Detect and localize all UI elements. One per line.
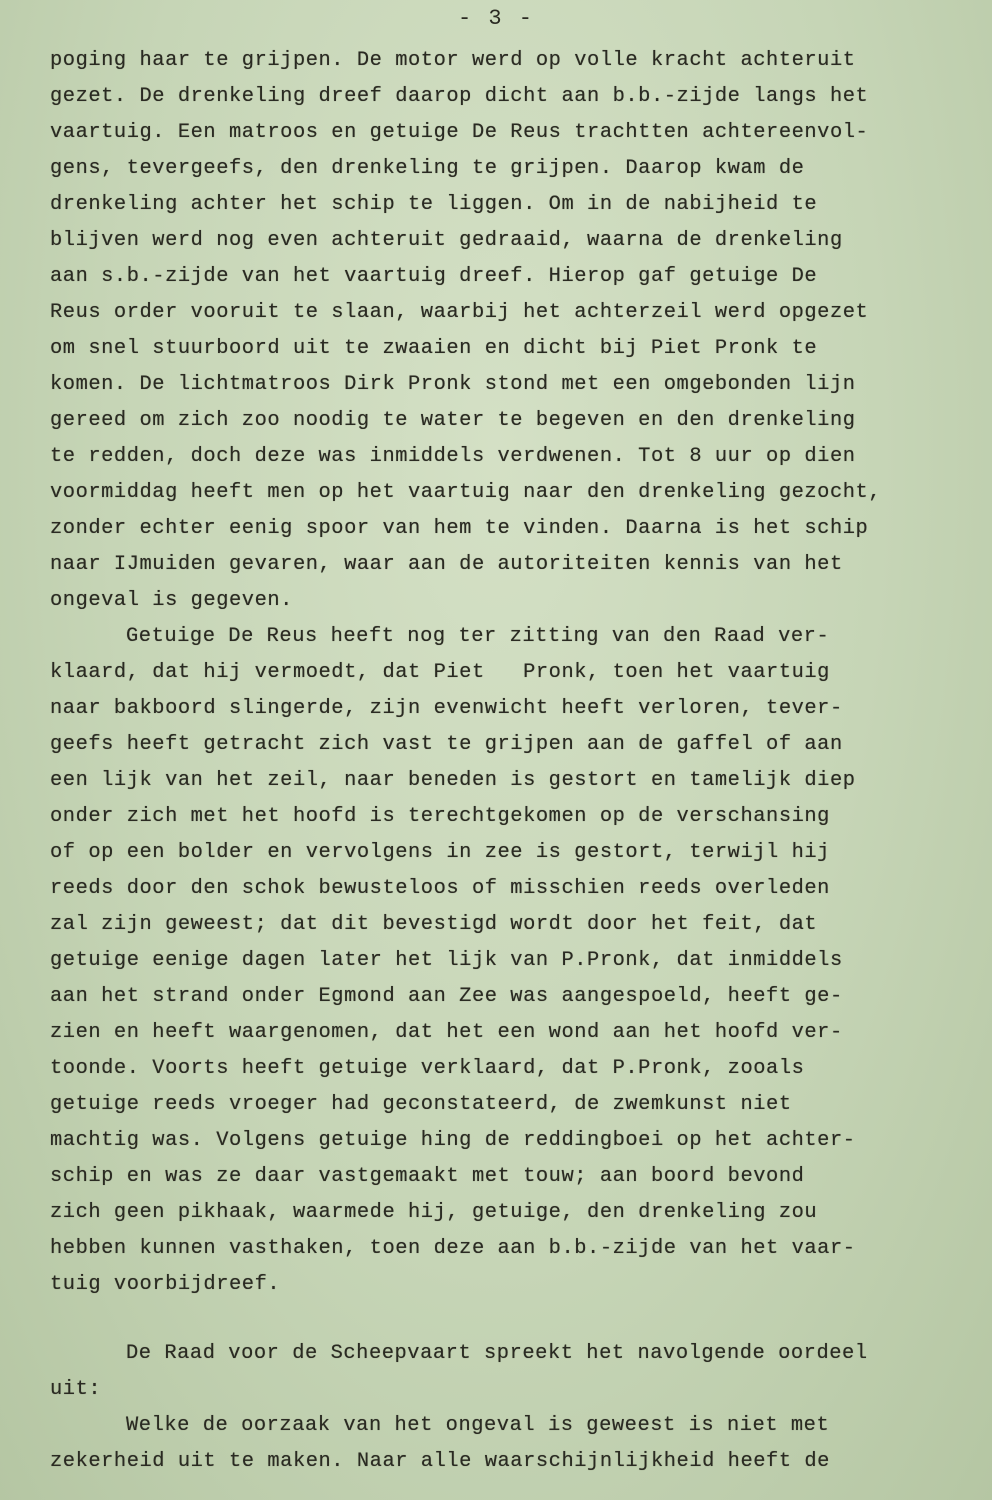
text-line: ongeval is gegeven. xyxy=(50,583,970,619)
text-line: hebben kunnen vasthaken, toen deze aan b… xyxy=(50,1231,970,1267)
text-line: tuig voorbijdreef. xyxy=(50,1267,970,1303)
text-line: een lijk van het zeil, naar beneden is g… xyxy=(50,763,970,799)
text-line: zich geen pikhaak, waarmede hij, getuige… xyxy=(50,1195,970,1231)
text-line: te redden, doch deze was inmiddels verdw… xyxy=(50,439,970,475)
text-line: vaartuig. Een matroos en getuige De Reus… xyxy=(50,115,970,151)
text-line: naar IJmuiden gevaren, waar aan de autor… xyxy=(50,547,970,583)
page-number: - 3 - xyxy=(0,6,992,31)
text-line: uit: xyxy=(50,1372,970,1408)
text-line: blijven werd nog even achteruit gedraaid… xyxy=(50,223,970,259)
text-line: getuige reeds vroeger had geconstateerd,… xyxy=(50,1087,970,1123)
text-line: gereed om zich zoo noodig te water te be… xyxy=(50,403,970,439)
text-line: gezet. De drenkeling dreef daarop dicht … xyxy=(50,79,970,115)
text-line: gens, tevergeefs, den drenkeling te grij… xyxy=(50,151,970,187)
text-line: zonder echter eenig spoor van hem te vin… xyxy=(50,511,970,547)
text-line: of op een bolder en vervolgens in zee is… xyxy=(50,835,970,871)
text-line: drenkeling achter het schip te liggen. O… xyxy=(50,187,970,223)
text-line: De Raad voor de Scheepvaart spreekt het … xyxy=(50,1336,970,1372)
text-line: Welke de oorzaak van het ongeval is gewe… xyxy=(50,1408,970,1444)
text-line: Getuige De Reus heeft nog ter zitting va… xyxy=(50,619,970,655)
text-line: poging haar te grijpen. De motor werd op… xyxy=(50,43,970,79)
text-line: klaard, dat hij vermoedt, dat Piet Pronk… xyxy=(50,655,970,691)
text-line: schip en was ze daar vastgemaakt met tou… xyxy=(50,1159,970,1195)
text-line: onder zich met het hoofd is terechtgekom… xyxy=(50,799,970,835)
typewritten-page: - 3 - poging haar te grijpen. De motor w… xyxy=(0,0,992,1500)
text-line: geefs heeft getracht zich vast te grijpe… xyxy=(50,727,970,763)
text-line: toonde. Voorts heeft getuige verklaard, … xyxy=(50,1051,970,1087)
text-line: om snel stuurboord uit te zwaaien en dic… xyxy=(50,331,970,367)
document-body: poging haar te grijpen. De motor werd op… xyxy=(50,43,970,1480)
text-line: naar bakboord slingerde, zijn evenwicht … xyxy=(50,691,970,727)
text-line: aan s.b.-zijde van het vaartuig dreef. H… xyxy=(50,259,970,295)
text-line: aan het strand onder Egmond aan Zee was … xyxy=(50,979,970,1015)
text-line: zal zijn geweest; dat dit bevestigd word… xyxy=(50,907,970,943)
text-line: voormiddag heeft men op het vaartuig naa… xyxy=(50,475,970,511)
text-line: zien en heeft waargenomen, dat het een w… xyxy=(50,1015,970,1051)
text-line: Reus order vooruit te slaan, waarbij het… xyxy=(50,295,970,331)
text-line: zekerheid uit te maken. Naar alle waarsc… xyxy=(50,1444,970,1480)
text-line: getuige eenige dagen later het lijk van … xyxy=(50,943,970,979)
text-line: reeds door den schok bewusteloos of miss… xyxy=(50,871,970,907)
text-line: machtig was. Volgens getuige hing de red… xyxy=(50,1123,970,1159)
text-line: komen. De lichtmatroos Dirk Pronk stond … xyxy=(50,367,970,403)
